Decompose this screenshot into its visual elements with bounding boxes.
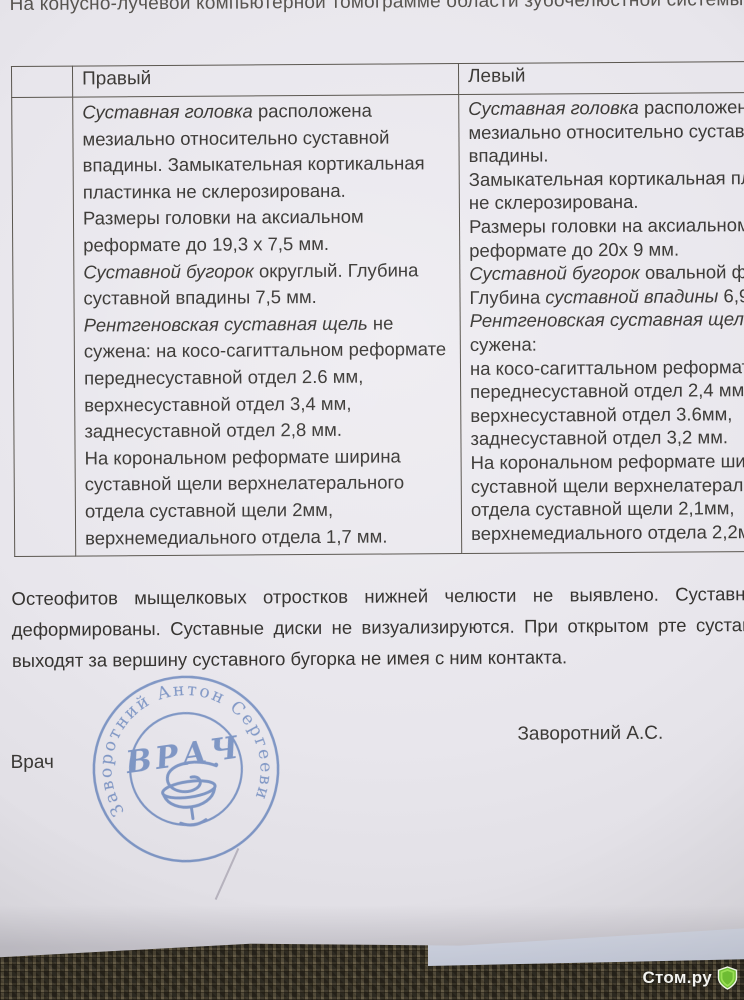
table-header-row: Правый Левый (11, 61, 744, 98)
watermark-text: Стом.ру (642, 968, 712, 988)
header-left-side: Левый (458, 61, 744, 95)
site-watermark: Стом.ру (642, 966, 738, 990)
intro-line: На конусно-лучевой компьютерной томограм… (9, 0, 744, 16)
tmj-report-table: Правый Левый Суставная головка расположе… (11, 60, 744, 557)
photo-of-report: { "colors": { "paper": "#e9e7ec", "fabri… (0, 0, 744, 1000)
row-number-cell (12, 97, 76, 556)
doctor-name: Заворотний А.С. (517, 723, 663, 746)
conclusion-paragraph: Остеофитов мыщелковых отростков нижней ч… (11, 578, 744, 676)
left-joint-findings-cell: Суставная головка расположена мезиально … (459, 92, 744, 554)
header-right-side: Правый (72, 64, 458, 98)
doctor-role-label: Врач (11, 752, 54, 774)
right-joint-findings-cell: Суставная головка расположена мезиально … (73, 95, 462, 557)
shield-icon (717, 966, 738, 990)
header-corner-cell (11, 66, 72, 97)
table-body-row: Суставная головка расположена мезиально … (12, 92, 744, 557)
paper-sheet: На конусно-лучевой компьютерной томограм… (0, 0, 744, 962)
doctor-stamp: Заворотний Антон Сергеевич ВРАЧ (75, 658, 296, 879)
